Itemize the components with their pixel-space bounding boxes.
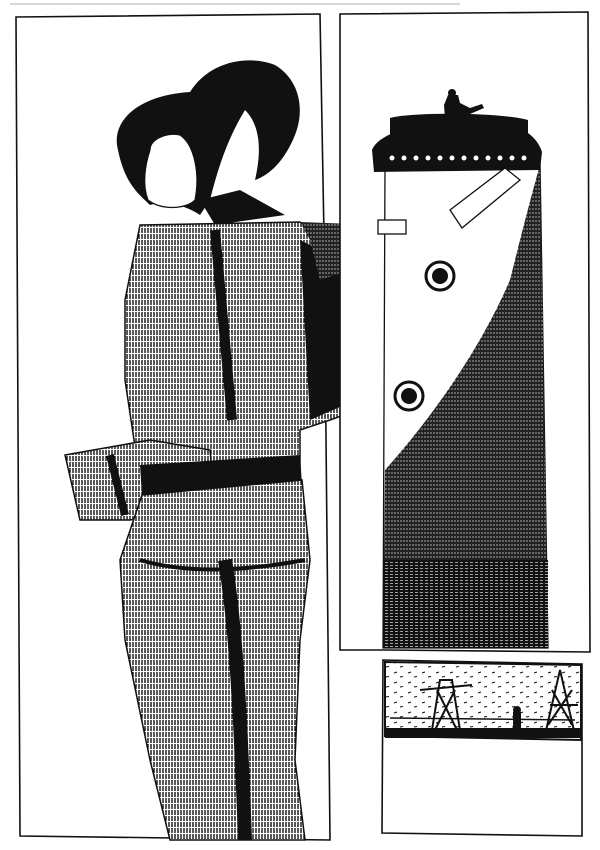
comic-page — [0, 0, 600, 850]
panel-pylons — [382, 660, 582, 836]
panel-tower — [340, 12, 590, 652]
